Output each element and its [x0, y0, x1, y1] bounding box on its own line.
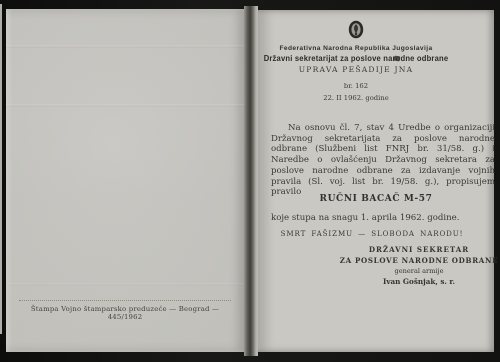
- signature-office: ZA POSLOVE NARODNE ODBRANE: [336, 256, 500, 265]
- signature-rank: general armije: [336, 267, 500, 275]
- paper-crease: [6, 283, 245, 286]
- letterhead-secretariat: Državni sekretarijat za poslove narodne …: [258, 54, 454, 64]
- letterhead-country: Federativna Narodna Republika Jugoslavij…: [258, 45, 454, 52]
- letterhead-stamp: Federativna Narodna Republika Jugoslavij…: [258, 20, 454, 102]
- printer-imprint-text: Štampa Vojno štamparsko preduzeće — Beog…: [31, 305, 219, 321]
- manual-title: RUČNI BACAČ M-57: [270, 194, 482, 204]
- ink-smudge: [394, 56, 401, 62]
- paper-crease: [6, 104, 245, 107]
- slogan-line: SMRT FAŠIZMU — SLOBODA NARODU!: [266, 229, 478, 238]
- yugoslav-coat-of-arms-icon: [348, 20, 364, 39]
- book-scan-photo: Štampa Vojno štamparsko preduzeće — Beog…: [0, 0, 500, 362]
- signature-title: DRŽAVNI SEKRETAR: [336, 245, 500, 254]
- letterhead-administration: UPRAVA PEŠADIJE JNA: [258, 65, 454, 74]
- printer-imprint: Štampa Vojno štamparsko preduzeće — Beog…: [19, 300, 231, 321]
- effective-date-line: koje stupa na snagu 1. aprila 1962. godi…: [271, 213, 495, 223]
- signature-name: Ivan Gošnjak, s. r.: [336, 277, 500, 286]
- right-page: Federativna Narodna Republika Jugoslavij…: [258, 10, 494, 352]
- letterhead-number: br. 162: [258, 82, 454, 90]
- decree-paragraph: Na osnovu čl. 7, stav 4 Uredbe o organiz…: [271, 123, 495, 198]
- paper-crease: [6, 45, 245, 48]
- book-gutter: [244, 6, 258, 356]
- letterhead-date: 22. II 1962. godine: [258, 94, 454, 102]
- signature-block: DRŽAVNI SEKRETAR ZA POSLOVE NARODNE ODBR…: [336, 245, 500, 286]
- left-page: Štampa Vojno štamparsko preduzeće — Beog…: [6, 9, 245, 352]
